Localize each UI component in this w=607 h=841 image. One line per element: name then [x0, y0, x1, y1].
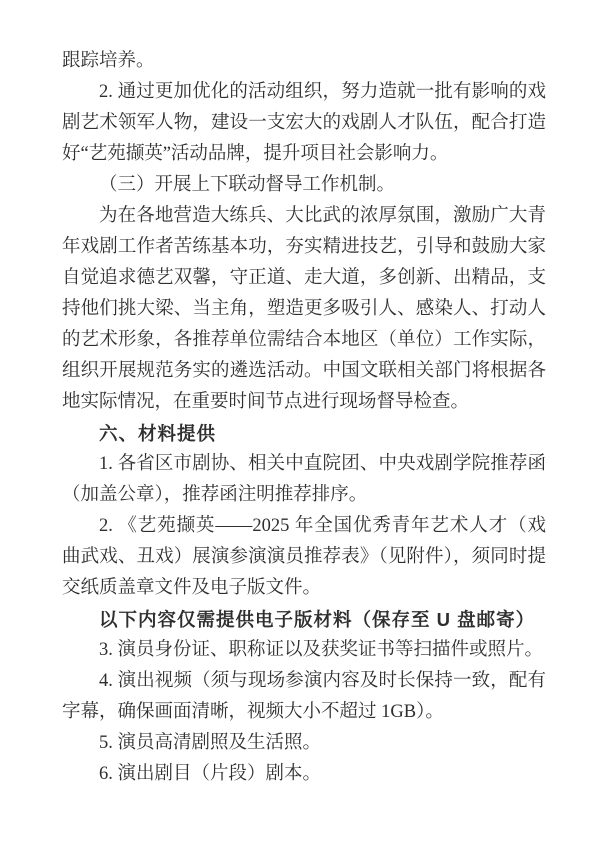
paragraph-continuation: 跟踪培养。 [62, 46, 546, 77]
document-page: 跟踪培养。 2. 通过更加优化的活动组织，努力造就一批有影响的戏剧艺术领军人物，… [0, 0, 607, 841]
document-body: 跟踪培养。 2. 通过更加优化的活动组织，努力造就一批有影响的戏剧艺术领军人物，… [62, 46, 546, 790]
list-item-5: 5. 演员高清剧照及生活照。 [62, 728, 546, 759]
sub-heading-electronic-materials: 以下内容仅需提供电子版材料（保存至 U 盘邮寄） [62, 604, 546, 635]
list-item-3: 3. 演员身份证、职称证以及获奖证书等扫描件或照片。 [62, 635, 546, 666]
paragraph-item-2: 2. 通过更加优化的活动组织，努力造就一批有影响的戏剧艺术领军人物，建设一支宏大… [62, 77, 546, 170]
paragraph-subsection-3: （三）开展上下联动督导工作机制。 [62, 170, 546, 201]
list-item-6: 6. 演出剧目（片段）剧本。 [62, 759, 546, 790]
list-item-2: 2. 《艺苑撷英——2025 年全国优秀青年艺术人才（戏曲武戏、丑戏）展演参演演… [62, 511, 546, 604]
list-item-1: 1. 各省区市剧协、相关中直院团、中央戏剧学院推荐函（加盖公章），推荐函注明推荐… [62, 449, 546, 511]
paragraph-body: 为在各地营造大练兵、大比武的浓厚氛围，激励广大青年戏剧工作者苦练基本功，夯实精进… [62, 201, 546, 418]
list-item-4: 4. 演出视频（须与现场参演内容及时长保持一致，配有字幕，确保画面清晰，视频大小… [62, 666, 546, 728]
section-heading-materials: 六、材料提供 [62, 418, 546, 449]
